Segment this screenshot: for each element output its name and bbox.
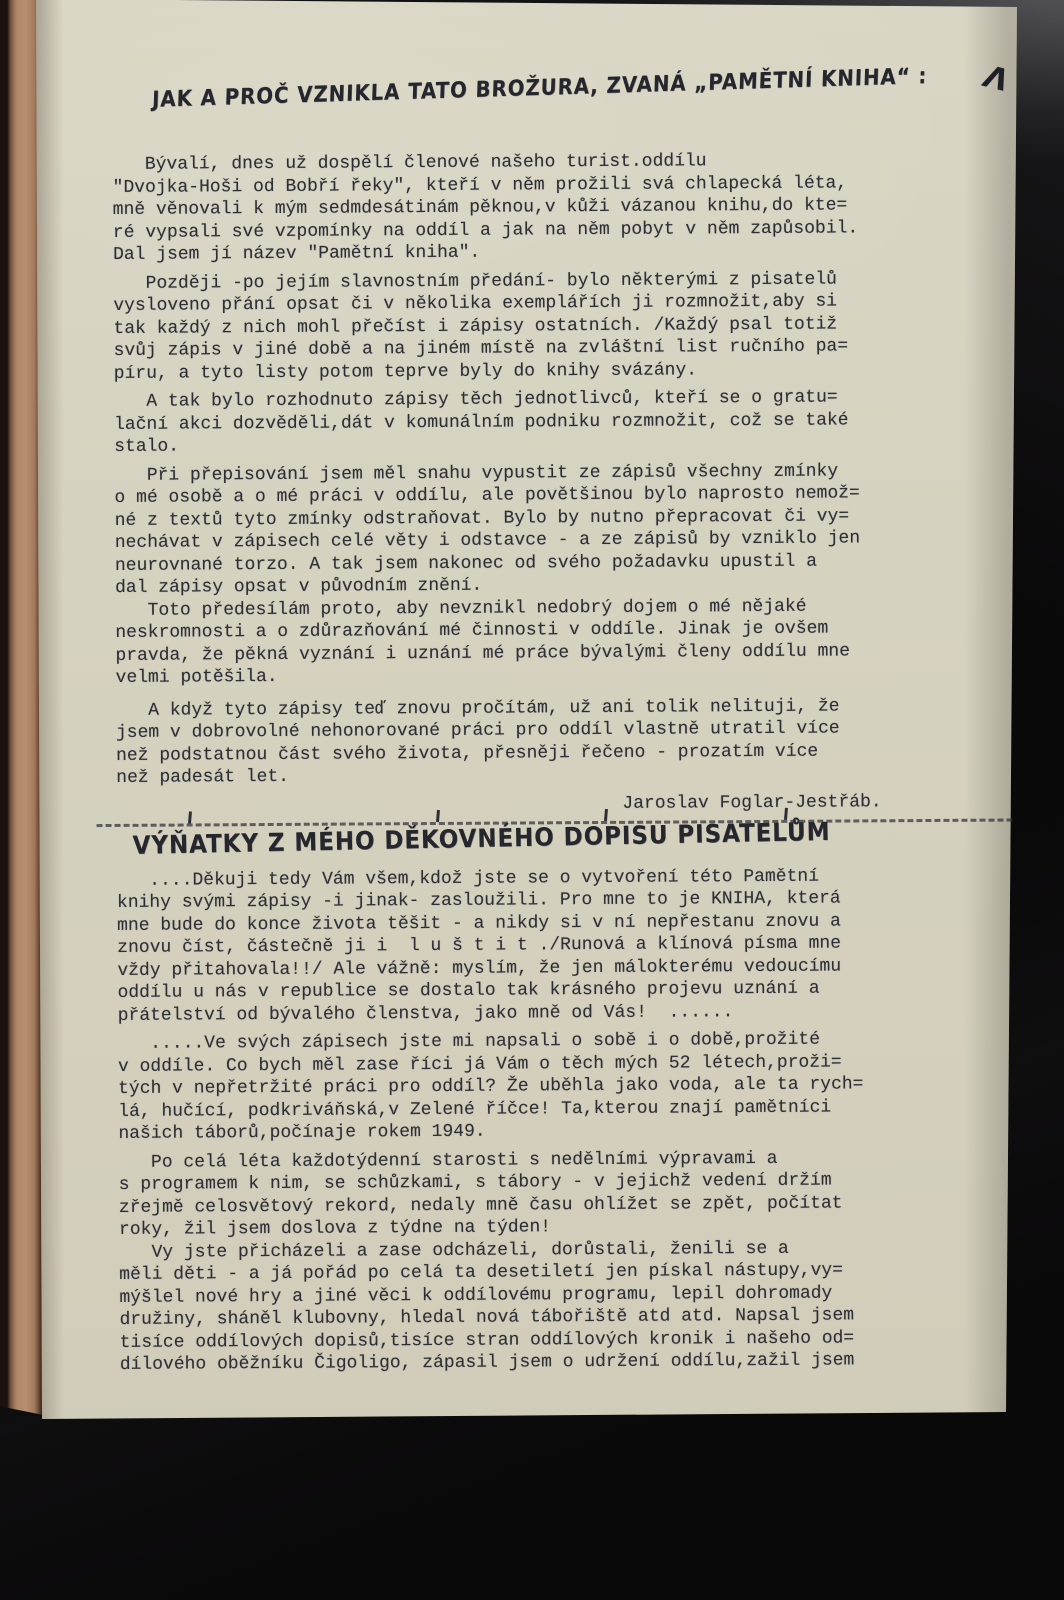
author-signature: Jaroslav Foglar-Jestřáb.: [622, 790, 1015, 815]
photo-backdrop: JAK A PROČ VZNIKLA TATO BROŽURA, ZVANÁ „…: [0, 0, 1064, 1600]
divider-tick: [188, 811, 192, 823]
divider-tick: [604, 809, 608, 821]
typed-paragraph: Později -po jejím slavnostním předání- b…: [113, 267, 1013, 385]
typed-paragraph: Po celá léta každotýdenní starosti s ned…: [119, 1146, 1019, 1376]
typed-paragraph: ....Děkuji tedy Vám všem,kdož jste se o …: [117, 864, 1017, 1027]
typed-paragraph: A když tyto zápisy teď znovu pročítám, u…: [116, 694, 1016, 789]
typed-paragraph: Toto předesílám proto, aby nevznikl nedo…: [115, 594, 1015, 689]
divider-tick: [436, 810, 440, 822]
typed-paragraph: Bývalí, dnes už dospělí členové našeho t…: [112, 148, 1012, 266]
book-spine-edge: [0, 0, 42, 1419]
typed-paragraph: .....Ve svých zápisech jste mi napsali o…: [118, 1027, 1018, 1145]
typed-paragraph: A tak bylo rozhodnuto zápisy těch jednot…: [114, 385, 1013, 458]
page-content: JAK A PROČ VZNIKLA TATO BROŽURA, ZVANÁ „…: [106, 78, 1019, 1382]
title-row: JAK A PROČ VZNIKLA TATO BROŽURA, ZVANÁ „…: [106, 84, 1011, 154]
typed-paragraph: Při přepisování jsem měl snahu vypustit …: [114, 459, 1014, 599]
